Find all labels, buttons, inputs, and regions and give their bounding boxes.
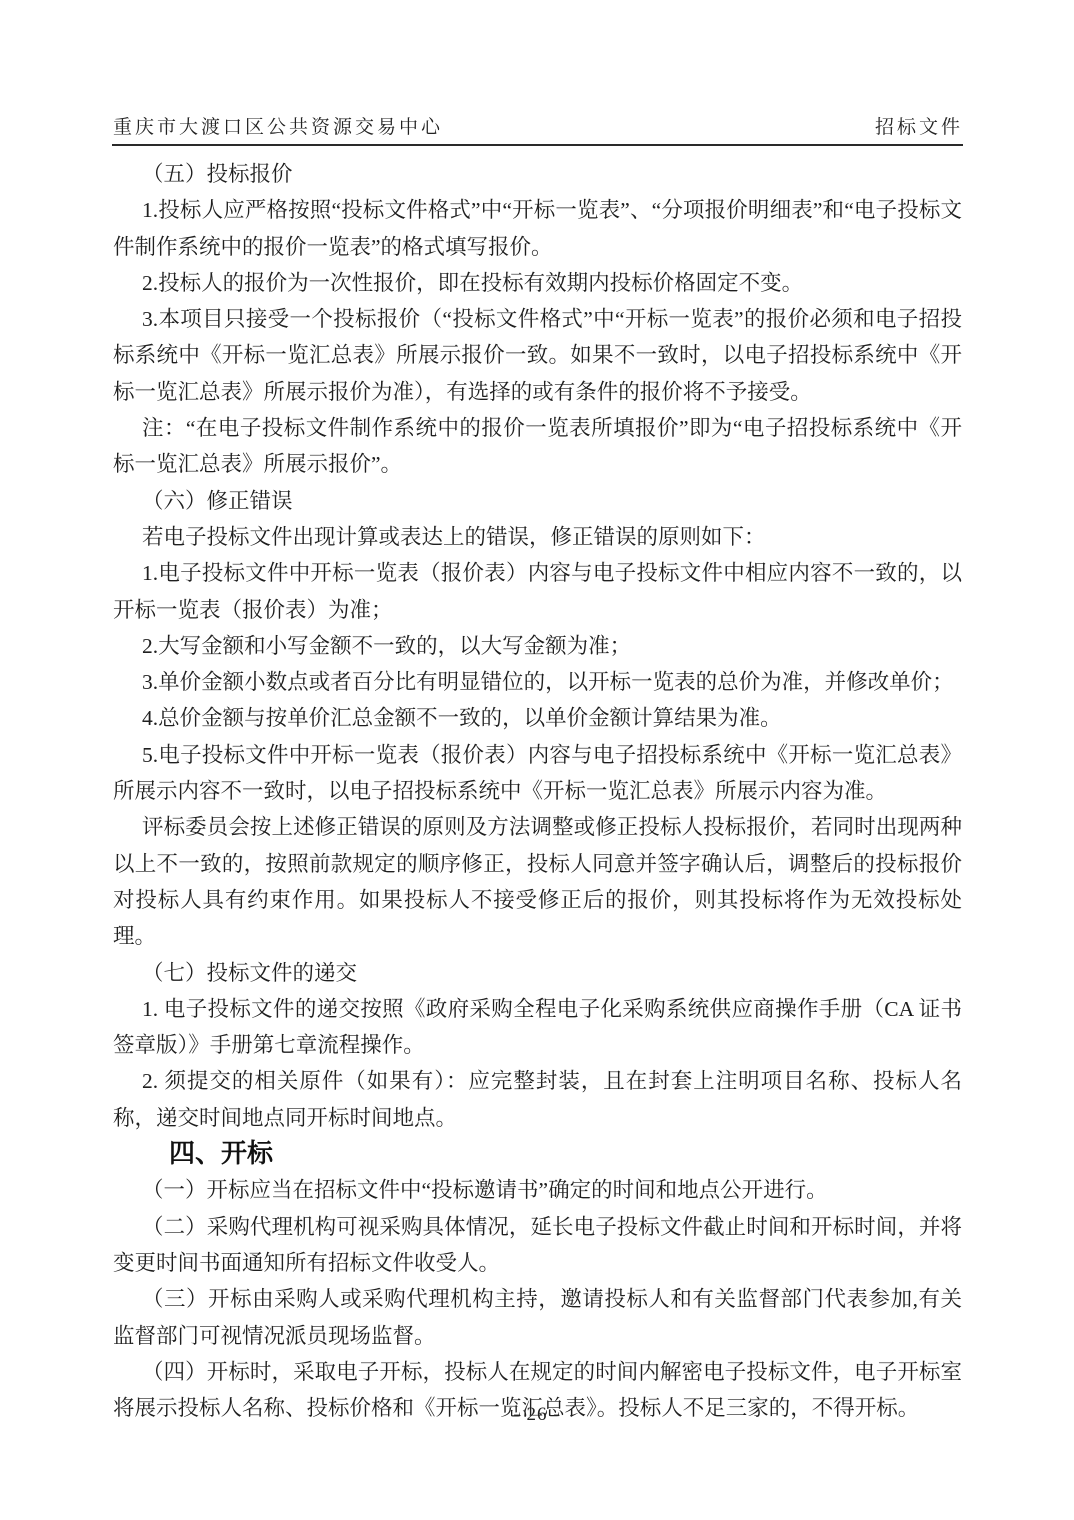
paragraph-error-committee: 评标委员会按上述修正错误的原则及方法调整或修正投标人投标报价，若同时出现两种以上…	[113, 809, 962, 954]
header-rule	[112, 144, 963, 146]
paragraph-error-rule-5: 5.电子投标文件中开标一览表（报价表）内容与电子招投标系统中《开标一览汇总表》所…	[113, 737, 962, 810]
page-number: - 26 -	[513, 1404, 560, 1425]
document-body: （五）投标报价 1.投标人应严格按照“投标文件格式”中“开标一览表”、“分项报价…	[113, 156, 962, 1426]
page-header: 重庆市大渡口区公共资源交易中心 招标文件	[113, 112, 963, 139]
header-right-doc-type: 招标文件	[875, 112, 963, 139]
paragraph-error-rule-2: 2.大写金额和小写金额不一致的，以大写金额为准；	[113, 628, 962, 664]
subsection-title-7: （七）投标文件的递交	[113, 955, 962, 991]
paragraph-opening-2: （二）采购代理机构可视采购具体情况，延长电子投标文件截止时间和开标时间，并将变更…	[113, 1209, 962, 1282]
paragraph-error-rule-4: 4.总价金额与按单价汇总金额不一致的，以单价金额计算结果为准。	[113, 700, 962, 736]
subsection-title-5: （五）投标报价	[113, 156, 962, 192]
document-page: 重庆市大渡口区公共资源交易中心 招标文件 （五）投标报价 1.投标人应严格按照“…	[0, 0, 1074, 1520]
paragraph-opening-3: （三）开标由采购人或采购代理机构主持，邀请投标人和有关监督部门代表参加,有关监督…	[113, 1281, 962, 1354]
paragraph-submission-2: 2. 须提交的相关原件（如果有）：应完整封装，且在封套上注明项目名称、投标人名称…	[113, 1063, 962, 1136]
paragraph-opening-1: （一）开标应当在招标文件中“投标邀请书”确定的时间和地点公开进行。	[113, 1172, 962, 1208]
section-heading-bid-opening: 四、开标	[113, 1136, 962, 1172]
subsection-title-6: （六）修正错误	[113, 483, 962, 519]
paragraph-bid-price-1: 1.投标人应严格按照“投标文件格式”中“开标一览表”、“分项报价明细表”和“电子…	[113, 192, 962, 265]
paragraph-error-correction-intro: 若电子投标文件出现计算或表达上的错误，修正错误的原则如下：	[113, 519, 962, 555]
paragraph-bid-price-3: 3.本项目只接受一个投标报价（“投标文件格式”中“开标一览表”的报价必须和电子招…	[113, 301, 962, 410]
paragraph-bid-price-2: 2.投标人的报价为一次性报价，即在投标有效期内投标价格固定不变。	[113, 265, 962, 301]
page-footer: - 26 -	[0, 1404, 1074, 1426]
paragraph-error-rule-3: 3.单价金额小数点或者百分比有明显错位的，以开标一览表的总价为准，并修改单价；	[113, 664, 962, 700]
paragraph-bid-price-note: 注：“在电子投标文件制作系统中的报价一览表所填报价”即为“电子招投标系统中《开标…	[113, 410, 962, 483]
header-left-org-name: 重庆市大渡口区公共资源交易中心	[113, 112, 443, 139]
paragraph-submission-1: 1. 电子投标文件的递交按照《政府采购全程电子化采购系统供应商操作手册（CA 证…	[113, 991, 962, 1064]
paragraph-error-rule-1: 1.电子投标文件中开标一览表（报价表）内容与电子投标文件中相应内容不一致的，以开…	[113, 555, 962, 628]
